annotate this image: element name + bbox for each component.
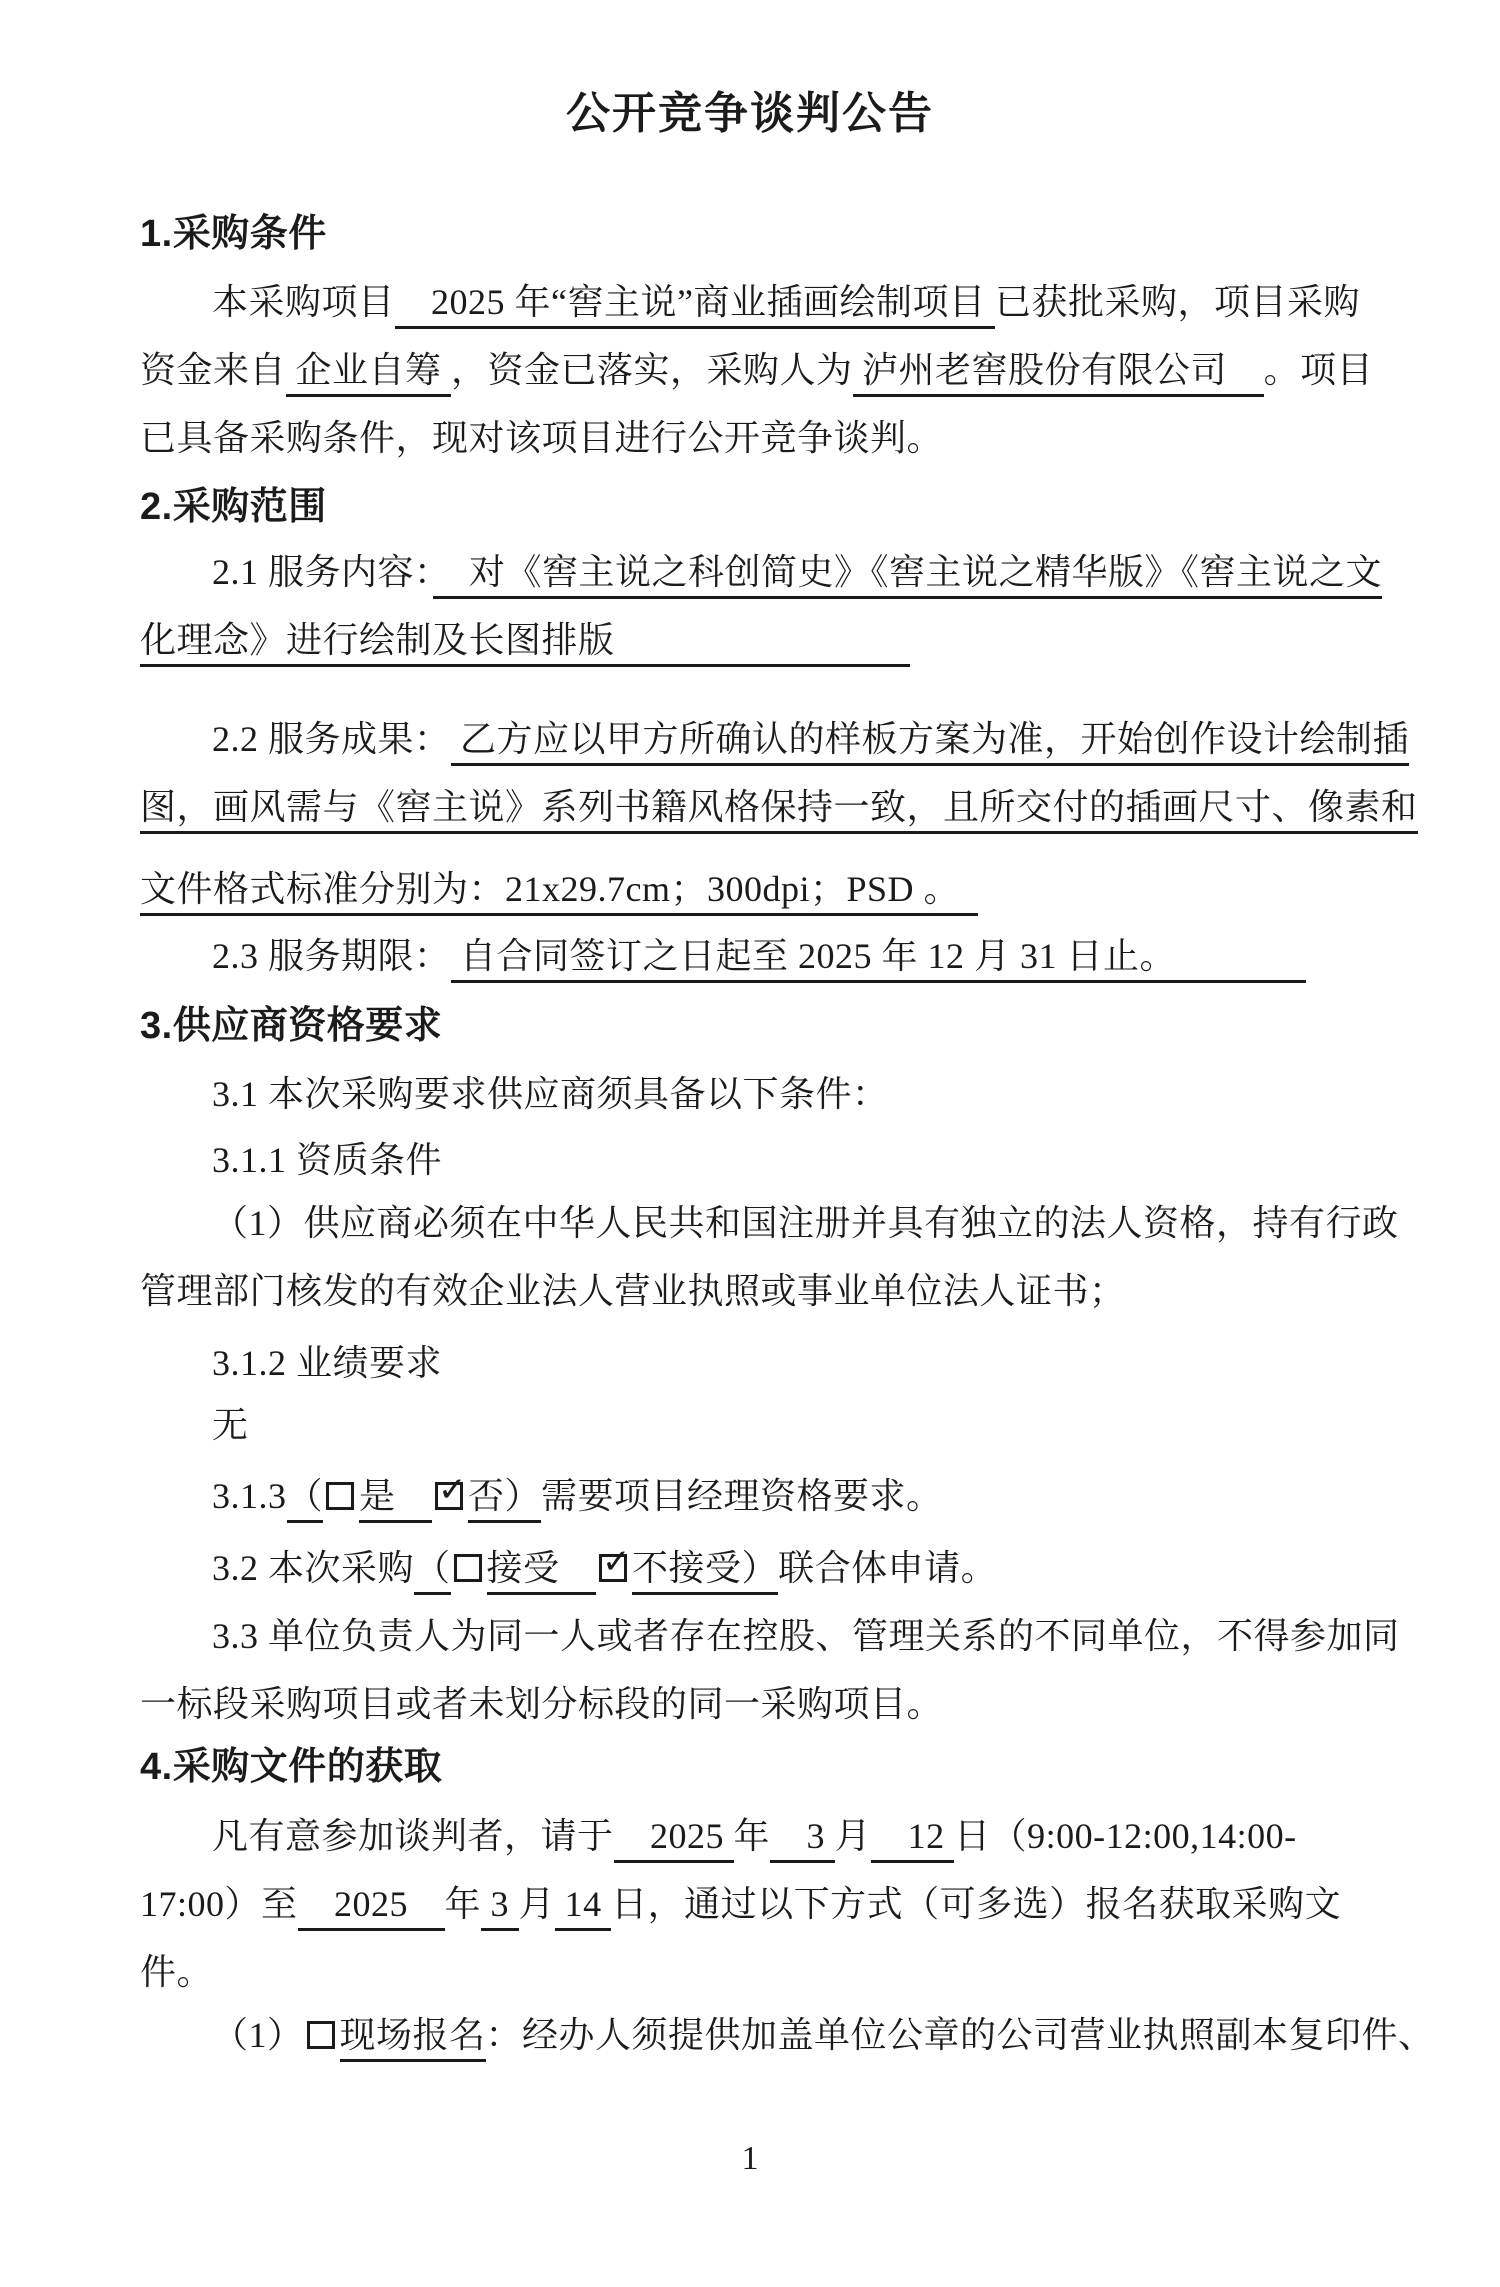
- sec3-1-3-line: 3.1.3（是 ✓否）需要项目经理资格要求。: [140, 1462, 1472, 1530]
- check-mark-icon: ✓: [602, 1545, 631, 1579]
- text-run: 一标段采购项目或者未划分标段的同一采购项目。: [140, 1684, 943, 1724]
- text-run: 2.采购范围: [140, 486, 327, 528]
- text-run: 本采购项目: [212, 282, 395, 322]
- doc-title: 公开竞争谈判公告: [0, 86, 1500, 142]
- sec3-1-1-line: 3.1.1 资质条件: [140, 1126, 1472, 1194]
- text-run: 3.供应商资格要求: [140, 1005, 442, 1047]
- checkbox-checked-icon: ✓: [599, 1554, 627, 1582]
- text-run: 不接受）: [632, 1548, 778, 1595]
- text-run: 12: [871, 1816, 954, 1863]
- text-run: 年: [734, 1816, 771, 1856]
- sec1-line-1: 本采购项目 2025 年“窖主说”商业插画绘制项目 已获批采购，项目采购: [140, 268, 1472, 336]
- text-run: 泸州老窖股份有限公司: [853, 350, 1264, 397]
- sec3-2-line: 3.2 本次采购（接受 ✓不接受）联合体申请。: [140, 1534, 1472, 1602]
- text-run: 已获批采购，项目采购: [995, 282, 1360, 322]
- text-run: 2025: [298, 1884, 445, 1931]
- blank-underline: [960, 901, 978, 916]
- text-run: 乙方应以甲方所确认的样板方案为准，开始创作设计绘制插: [451, 719, 1410, 766]
- text-run: 。项目: [1264, 350, 1374, 390]
- sec3-1-2-line: 3.1.2 业绩要求: [140, 1329, 1472, 1397]
- text-run: （1）供应商必须在中华人民共和国注册并具有独立的法人资格，持有行政: [212, 1203, 1399, 1243]
- sec3-3-line-1: 3.3 单位负责人为同一人或者存在控股、管理关系的不同单位，不得参加同: [140, 1602, 1472, 1670]
- text-run: 2025: [614, 1816, 734, 1863]
- heading-3: 3.供应商资格要求: [140, 1001, 1400, 1051]
- text-run: 现场报名: [340, 2015, 486, 2062]
- sec1-line-3: 已具备采购条件，现对该项目进行公开竞争谈判。: [140, 404, 1400, 472]
- sec2-2-line-3: 文件格式标准分别为：21x29.7cm；300dpi；PSD 。: [140, 855, 1400, 923]
- text-run: 日（9:00-12:00,14:00-: [954, 1816, 1296, 1856]
- text-run: 3: [481, 1884, 519, 1931]
- checkbox-checked-icon: ✓: [435, 1482, 463, 1510]
- text-run: 无: [212, 1405, 249, 1445]
- text-run: ：经办人须提供加盖单位公章的公司营业执照副本复印件、: [486, 2015, 1435, 2055]
- text-run: 2.3 服务期限：: [212, 936, 451, 976]
- text-run: （: [414, 1548, 451, 1595]
- text-run: 需要项目经理资格要求。: [541, 1476, 943, 1516]
- sec2-2-line-1: 2.2 服务成果： 乙方应以甲方所确认的样板方案为准，开始创作设计绘制插: [140, 705, 1472, 773]
- sec2-2-line-2: 图，画风需与《窖主说》系列书籍风格保持一致，且所交付的插画尺寸、像素和: [140, 773, 1400, 841]
- text-run: 是: [359, 1476, 432, 1523]
- sec3-3-line-2: 一标段采购项目或者未划分标段的同一采购项目。: [140, 1670, 1400, 1738]
- sec4-line-2: 17:00）至 2025 年 3 月 14 日，通过以下方式（可多选）报名获取采…: [140, 1870, 1400, 1938]
- text-run: 化理念》进行绘制及长图排版: [140, 620, 615, 667]
- check-mark-icon: ✓: [438, 1473, 467, 1507]
- page-number: 1: [0, 2139, 1500, 2179]
- text-run: 联合体申请。: [778, 1548, 997, 1588]
- text-run: 3.1.1 资质条件: [212, 1140, 442, 1180]
- sec4-item1-line: （1）现场报名：经办人须提供加盖单位公章的公司营业执照副本复印件、: [140, 2001, 1472, 2069]
- text-run: 年: [445, 1884, 482, 1924]
- heading-4: 4.采购文件的获取: [140, 1742, 1400, 1792]
- text-run: 2.1 服务内容：: [212, 552, 433, 592]
- text-run: （1）: [212, 2015, 304, 2055]
- text-run: 否）: [468, 1476, 541, 1523]
- sec3-item1-line-2: 管理部门核发的有效企业法人营业执照或事业单位法人证书；: [140, 1257, 1400, 1325]
- text-run: 2.2 服务成果：: [212, 719, 451, 759]
- sec4-line-1: 凡有意参加谈判者，请于 2025 年 3 月 12 日（9:00-12:00,1…: [140, 1802, 1472, 1870]
- text-run: 图，画风需与《窖主说》系列书籍风格保持一致，且所交付的插画尺寸、像素和: [140, 787, 1418, 834]
- text-run: 对《窖主说之科创简史》《窖主说之精华版》《窖主说之文: [433, 552, 1383, 599]
- text-run: ，资金已落实，采购人为: [451, 350, 853, 390]
- heading-2: 2.采购范围: [140, 482, 1400, 532]
- sec4-line-3: 件。: [140, 1938, 1400, 2006]
- blank-underline: [615, 652, 910, 667]
- text-run: 4.采购文件的获取: [140, 1746, 442, 1788]
- text-run: 3: [770, 1816, 835, 1863]
- checkbox-unchecked-icon: [454, 1554, 482, 1582]
- sec2-1-line-1: 2.1 服务内容： 对《窖主说之科创简史》《窖主说之精华版》《窖主说之文: [140, 538, 1472, 606]
- text-run: 文件格式标准分别为：21x29.7cm；300dpi；PSD 。: [140, 869, 960, 916]
- text-run: 企业自筹: [286, 350, 451, 397]
- text-run: 14: [555, 1884, 611, 1931]
- checkbox-unchecked-icon: [326, 1482, 354, 1510]
- sec3-1-2-none: 无: [140, 1391, 1472, 1459]
- text-run: 自合同签订之日起至 2025 年 12 月 31 日止。: [451, 936, 1177, 983]
- text-run: 17:00）至: [140, 1884, 298, 1924]
- checkbox-unchecked-icon: [307, 2021, 335, 2049]
- text-run: 月: [519, 1884, 556, 1924]
- text-run: 3.1.2 业绩要求: [212, 1343, 442, 1383]
- text-run: 凡有意参加谈判者，请于: [212, 1816, 614, 1856]
- text-run: 已具备采购条件，现对该项目进行公开竞争谈判。: [140, 418, 943, 458]
- text-run: （: [287, 1476, 324, 1523]
- text-run: 管理部门核发的有效企业法人营业执照或事业单位法人证书；: [140, 1271, 1126, 1311]
- text-run: 件。: [140, 1952, 213, 1992]
- sec3-1-line: 3.1 本次采购要求供应商须具备以下条件：: [140, 1060, 1472, 1128]
- sec3-item1-line-1: （1）供应商必须在中华人民共和国注册并具有独立的法人资格，持有行政: [140, 1189, 1472, 1257]
- text-run: 1.采购条件: [140, 213, 327, 255]
- sec2-1-line-2: 化理念》进行绘制及长图排版: [140, 606, 1400, 674]
- text-run: 接受: [487, 1548, 597, 1595]
- text-run: 公开竞争谈判公告: [566, 89, 934, 138]
- heading-1: 1.采购条件: [140, 209, 1400, 259]
- text-run: 3.1.3: [212, 1476, 287, 1516]
- text-run: 日，通过以下方式（可多选）报名获取采购文: [611, 1884, 1341, 1924]
- document-page: 1 公开竞争谈判公告1.采购条件本采购项目 2025 年“窖主说”商业插画绘制项…: [0, 0, 1500, 2287]
- text-run: 资金来自: [140, 350, 286, 390]
- text-run: 3.1 本次采购要求供应商须具备以下条件：: [212, 1074, 889, 1114]
- sec1-line-2: 资金来自 企业自筹 ，资金已落实，采购人为 泸州老窖股份有限公司 。项目: [140, 336, 1400, 404]
- text-run: 2025 年“窖主说”商业插画绘制项目: [395, 282, 995, 329]
- text-run: 月: [835, 1816, 872, 1856]
- text-run: 3.3 单位负责人为同一人或者存在控股、管理关系的不同单位，不得参加同: [212, 1616, 1400, 1656]
- sec2-3-line: 2.3 服务期限： 自合同签订之日起至 2025 年 12 月 31 日止。: [140, 922, 1472, 990]
- blank-underline: [1176, 968, 1306, 983]
- text-run: 3.2 本次采购: [212, 1548, 414, 1588]
